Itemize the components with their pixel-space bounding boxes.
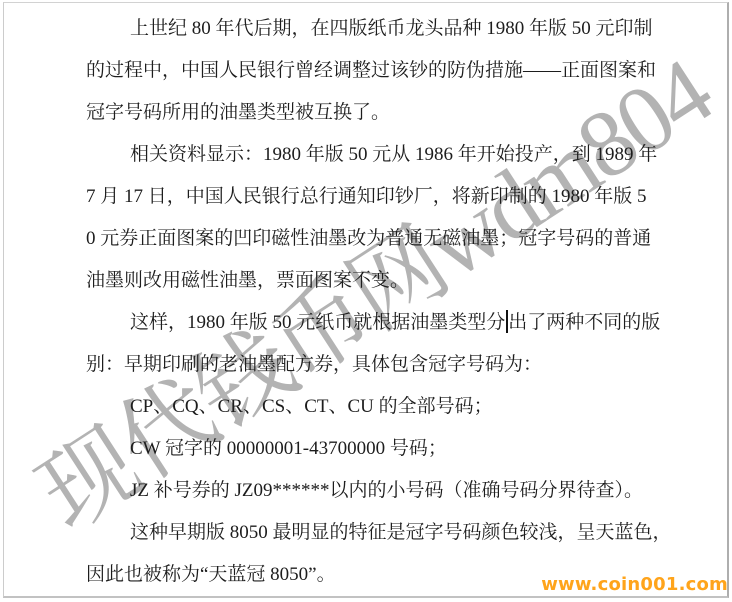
line-text: 0 元券正面图案的凹印磁性油墨改为普通无磁油墨；冠字号码的普通	[86, 228, 651, 249]
site-url-watermark: www.coin001.com	[541, 574, 728, 595]
line-text: 这样，1980 年版 50 元纸币就根据油墨类型分	[130, 312, 505, 333]
text-line: JZ 补号券的 JZ09******以内的小号码（准确号码分界待查）。	[86, 470, 658, 512]
text-line: 相关资料显示：1980 年版 50 元从 1986 年开始投产，到 1989 年	[86, 134, 658, 176]
document-body[interactable]: 上世纪 80 年代后期，在四版纸币龙头品种 1980 年版 50 元印制 的过程…	[86, 8, 658, 596]
line-text: 出了两种不同的版	[508, 312, 660, 333]
line-text: 别：早期印刷的老油墨配方券，具体包含冠字号码为：	[86, 354, 542, 375]
text-line: 的过程中，中国人民银行曾经调整过该钞的防伪措施——正面图案和	[86, 50, 658, 92]
text-line: 冠字号码所用的油墨类型被互换了。	[86, 92, 658, 134]
line-text: 相关资料显示：1980 年版 50 元从 1986 年开始投产，到 1989 年	[130, 144, 657, 165]
line-text: 这种早期版 8050 最明显的特征是冠字号码颜色较浅，呈天蓝色，	[130, 522, 672, 543]
text-line: 这种早期版 8050 最明显的特征是冠字号码颜色较浅，呈天蓝色，	[86, 512, 658, 554]
text-line: 0 元券正面图案的凹印磁性油墨改为普通无磁油墨；冠字号码的普通	[86, 218, 658, 260]
line-text: JZ 补号券的 JZ09******以内的小号码（准确号码分界待查）。	[130, 480, 643, 501]
text-line: 上世纪 80 年代后期，在四版纸币龙头品种 1980 年版 50 元印制	[86, 8, 658, 50]
line-text: 的过程中，中国人民银行曾经调整过该钞的防伪措施——正面图案和	[86, 60, 656, 81]
line-text: 上世纪 80 年代后期，在四版纸币龙头品种 1980 年版 50 元印制	[130, 18, 653, 39]
text-line: 7 月 17 日，中国人民银行总行通知印钞厂，将新印制的 1980 年版 5	[86, 176, 658, 218]
text-line: 别：早期印刷的老油墨配方券，具体包含冠字号码为：	[86, 344, 658, 386]
line-text: 7 月 17 日，中国人民银行总行通知印钞厂，将新印制的 1980 年版 5	[86, 186, 647, 207]
line-text: CW 冠字的 00000001-43700000 号码；	[130, 438, 447, 459]
line-text: 因此也被称为“天蓝冠 8050”。	[86, 564, 336, 585]
line-text: 冠字号码所用的油墨类型被互换了。	[86, 102, 390, 123]
text-line: 这样，1980 年版 50 元纸币就根据油墨类型分出了两种不同的版	[86, 302, 658, 344]
text-line: 油墨则改用磁性油墨，票面图案不变。	[86, 260, 658, 302]
text-line: CW 冠字的 00000001-43700000 号码；	[86, 428, 658, 470]
line-text: 油墨则改用磁性油墨，票面图案不变。	[86, 270, 409, 291]
text-line: CP、CQ、CR、CS、CT、CU 的全部号码；	[86, 386, 658, 428]
line-text: CP、CQ、CR、CS、CT、CU 的全部号码；	[130, 396, 493, 417]
